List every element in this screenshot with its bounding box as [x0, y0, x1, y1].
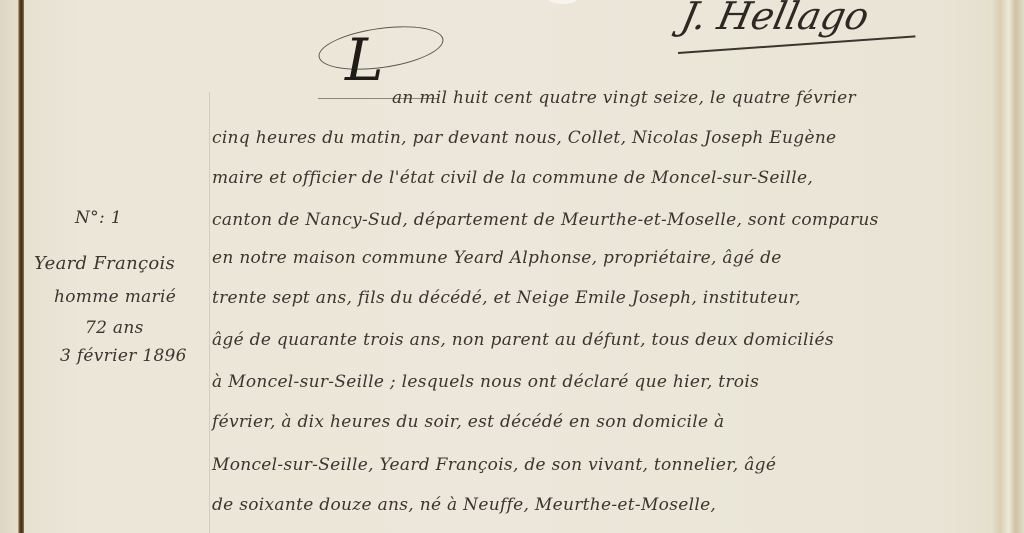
- body-line-4: canton de Nancy-Sud, département de Meur…: [212, 210, 879, 230]
- signature-underline: [678, 35, 916, 54]
- body-line-11: de soixante douze ans, né à Neuffe, Meur…: [212, 495, 716, 515]
- death-date: 3 février 1896: [60, 346, 187, 366]
- initial-capital: L: [345, 26, 384, 94]
- page-gutter-line: [18, 0, 24, 533]
- body-line-2: cinq heures du matin, par devant nous, C…: [212, 128, 836, 148]
- body-line-8: à Moncel-sur-Seille ; lesquels nous ont …: [212, 372, 759, 392]
- body-line-1: an mil huit cent quatre vingt seize, le …: [392, 88, 856, 108]
- body-line-3: maire et officier de l'état civil de la …: [212, 168, 813, 188]
- deceased-age: 72 ans: [85, 318, 144, 338]
- marital-status: homme marié: [54, 287, 176, 307]
- register-page: J. Hellago L N°: 1 Yeard François homme …: [0, 0, 1024, 533]
- margin-rule: [209, 92, 210, 533]
- deceased-name: Yeard François: [34, 253, 175, 274]
- body-line-7: âgé de quarante trois ans, non parent au…: [212, 330, 834, 350]
- body-line-6: trente sept ans, fils du décédé, et Neig…: [212, 288, 801, 308]
- body-line-10: Moncel-sur-Seille, Yeard François, de so…: [212, 455, 776, 475]
- body-line-5: en notre maison commune Yeard Alphonse, …: [212, 248, 782, 268]
- signature: J. Hellago: [677, 0, 873, 38]
- entry-number: N°: 1: [75, 208, 122, 228]
- page-binding-edge: [0, 0, 18, 533]
- scan-artifact: [548, 0, 578, 4]
- body-line-9: février, à dix heures du soir, est décéd…: [212, 412, 724, 432]
- page-fore-edge: [990, 0, 1024, 533]
